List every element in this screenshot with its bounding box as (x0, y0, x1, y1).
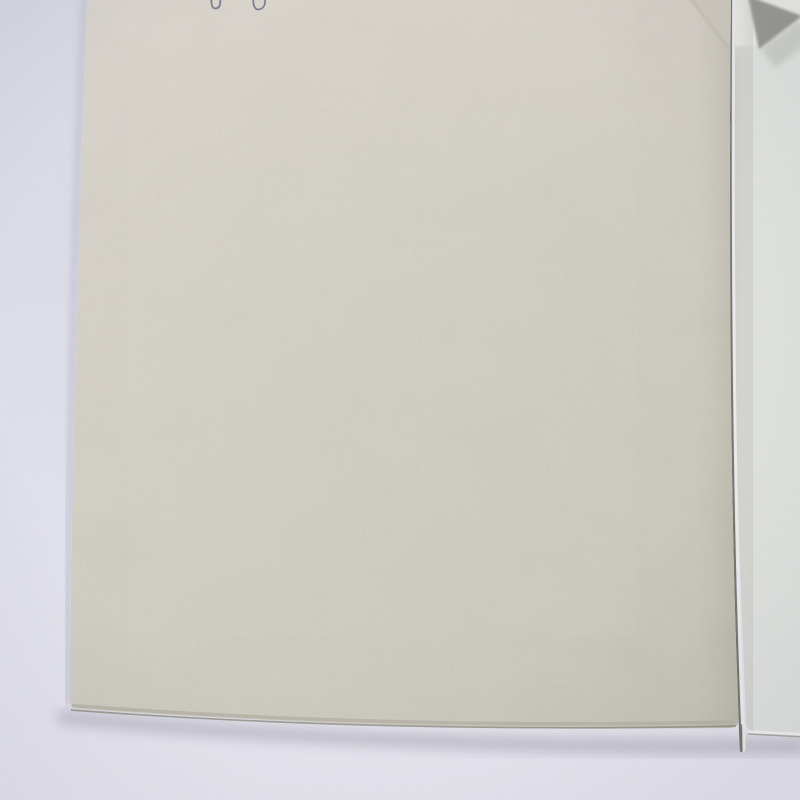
photo-vignette (0, 0, 800, 800)
photo-of-booklet (0, 0, 800, 800)
photo-canvas (0, 0, 800, 800)
